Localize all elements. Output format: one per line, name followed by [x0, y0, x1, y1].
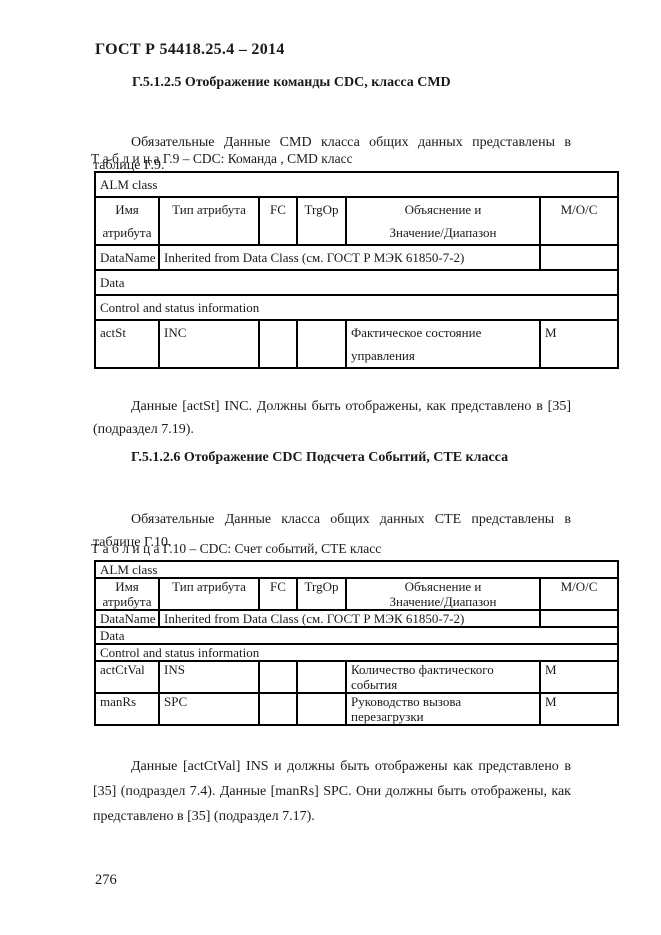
col-header-attr-type: Тип атрибута [159, 578, 259, 610]
col-header-fc: FC [259, 197, 297, 245]
cell-moc: M [540, 661, 618, 693]
cell-explanation: Количество фактического события [346, 661, 540, 693]
document-page: ГОСТ Р 54418.25.4 – 2014 Г.5.1.2.5 Отобр… [0, 0, 661, 935]
table-g10: ALM class Имя атрибута Тип атрибута FC T… [94, 560, 619, 726]
cell-dataname-moc [540, 610, 618, 627]
col-header-attr-type: Тип атрибута [159, 197, 259, 245]
cell-fc [259, 693, 297, 725]
section-heading-g5126: Г.5.1.2.6 Отображение CDC Подсчета Событ… [131, 450, 508, 466]
document-code: ГОСТ Р 54418.25.4 – 2014 [95, 41, 285, 59]
cell-dataname-label: DataName [95, 610, 159, 627]
group-row-control: Control and status information [95, 644, 618, 661]
cell-attr-type: INS [159, 661, 259, 693]
col-header-moc: M/O/C [540, 578, 618, 610]
col-header-attr-name: Имя атрибута [95, 578, 159, 610]
note-paragraph-actst: Данные [actSt] INC. Должны быть отображе… [93, 395, 571, 441]
cell-explanation: Фактическое состояние управления [346, 320, 540, 368]
cell-dataname-value: Inherited from Data Class (см. ГОСТ Р МЭ… [159, 610, 540, 627]
note-paragraph-actctval-manrs: Данные [actCtVal] INS и должны быть отоб… [93, 754, 571, 829]
cell-dataname-value: Inherited from Data Class (см. ГОСТ Р МЭ… [159, 245, 540, 270]
page-number: 276 [95, 872, 117, 889]
col-header-fc: FC [259, 578, 297, 610]
cell-trgop [297, 693, 346, 725]
cell-dataname-label: DataName [95, 245, 159, 270]
col-header-attr-name: Имя атрибута [95, 197, 159, 245]
group-row-data: Data [95, 627, 618, 644]
col-header-trgop: TrgOp [297, 197, 346, 245]
cell-explanation: Руководство вызова перезагрузки [346, 693, 540, 725]
section-heading-g5125: Г.5.1.2.5 Отображение команды CDC, класс… [132, 75, 451, 91]
cell-moc: M [540, 320, 618, 368]
cell-fc [259, 320, 297, 368]
cell-attr-name: manRs [95, 693, 159, 725]
group-row-control: Control and status information [95, 295, 618, 320]
group-row-data: Data [95, 270, 618, 295]
col-header-moc: M/O/C [540, 197, 618, 245]
cell-moc: M [540, 693, 618, 725]
col-header-explanation: Объяснение и Значение/Диапазон [346, 197, 540, 245]
cell-attr-type: INC [159, 320, 259, 368]
cell-fc [259, 661, 297, 693]
cell-dataname-moc [540, 245, 618, 270]
cell-trgop [297, 320, 346, 368]
table-g9: ALM class Имя атрибута Тип атрибута FC T… [94, 171, 619, 369]
table-caption-g10: Т а б л и ц а Г.10 – CDC: Счет событий, … [91, 541, 381, 557]
table-class-row: ALM class [95, 561, 618, 578]
cell-attr-name: actCtVal [95, 661, 159, 693]
col-header-trgop: TrgOp [297, 578, 346, 610]
cell-attr-type: SPC [159, 693, 259, 725]
table-class-row: ALM class [95, 172, 618, 197]
cell-attr-name: actSt [95, 320, 159, 368]
cell-trgop [297, 661, 346, 693]
table-caption-g9: Т а б л и ц а Г.9 – CDC: Команда , CMD к… [91, 151, 353, 167]
col-header-explanation: Объяснение и Значение/Диапазон [346, 578, 540, 610]
